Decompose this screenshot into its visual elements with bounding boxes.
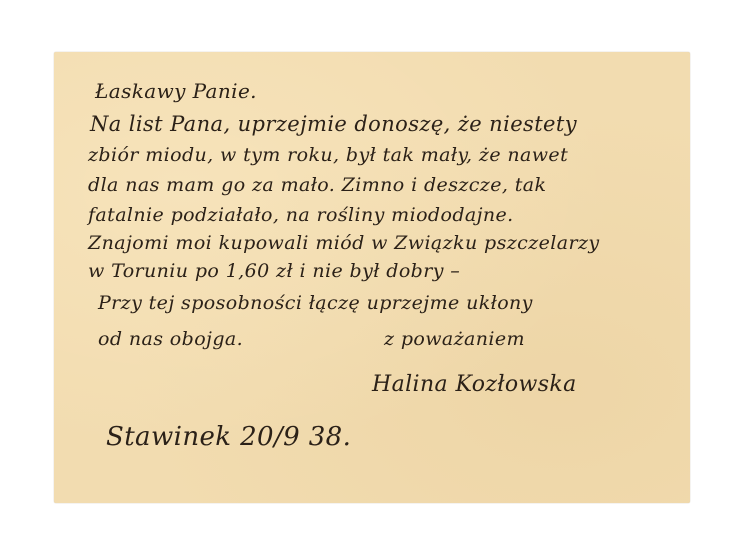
body-line-7: Przy tej sposobności łączę uprzejme ukło…	[98, 292, 533, 314]
body-line-5: Znajomi moi kupowali miód w Związku pszc…	[88, 232, 600, 254]
closing: z poważaniem	[384, 328, 525, 350]
body-line-3: dla nas mam go za mało. Zimno i deszcze,…	[88, 174, 546, 196]
place-date: Stawinek 20/9 38.	[106, 422, 351, 452]
salutation: Łaskawy Panie.	[95, 79, 257, 103]
body-line-6: w Toruniu po 1,60 zł i nie był dobry –	[88, 260, 460, 282]
body-line-2: zbiór miodu, w tym roku, był tak mały, ż…	[88, 144, 568, 166]
body-line-4: fatalnie podziałało, na rośliny miododaj…	[88, 204, 514, 226]
body-line-1: Na list Pana, uprzejmie donoszę, że nies…	[90, 112, 577, 136]
signature: Halina Kozłowska	[372, 372, 577, 397]
body-line-8: od nas obojga.	[98, 328, 243, 350]
postcard: Łaskawy Panie. Na list Pana, uprzejmie d…	[54, 52, 690, 503]
